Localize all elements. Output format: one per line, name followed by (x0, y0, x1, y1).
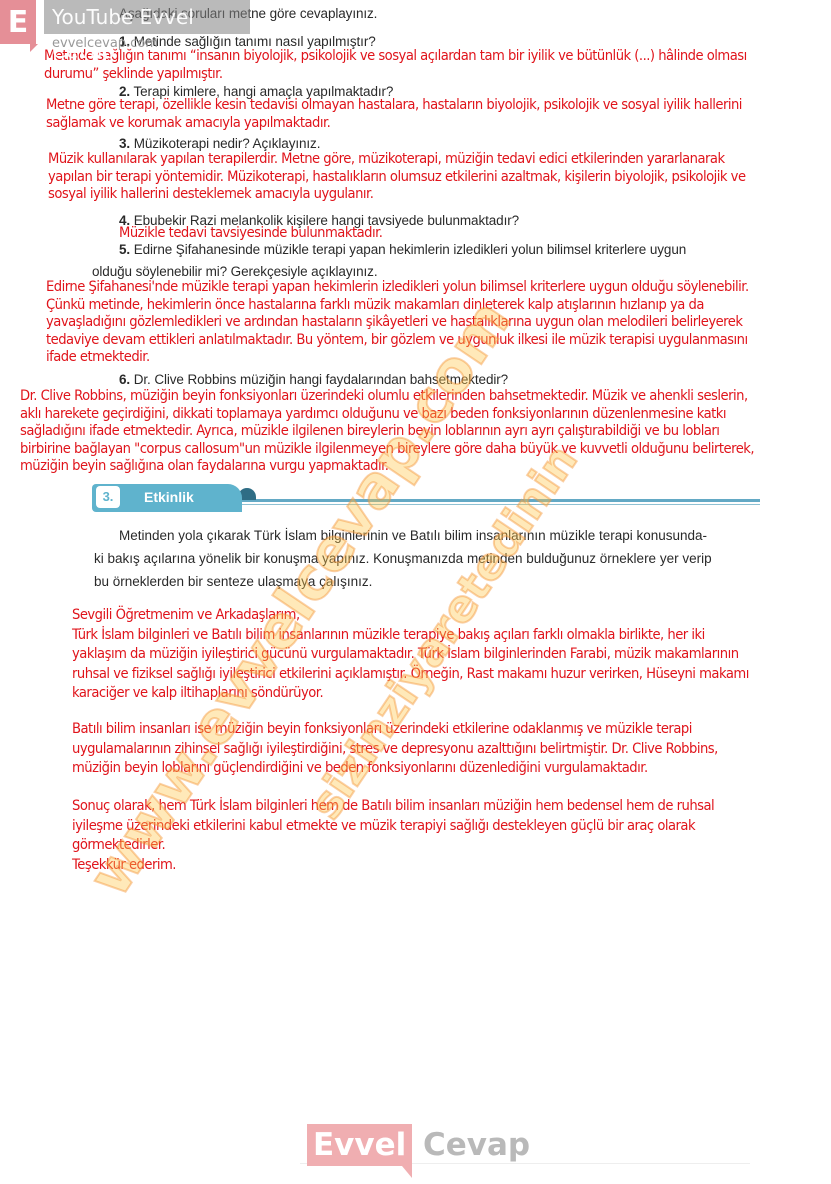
question-number: 5. (119, 242, 130, 257)
answer-line: aklı harekete geçirdiğini, dikkati topla… (20, 406, 754, 424)
instruction-line: bu örneklerden bir senteze ulaşmaya çalı… (94, 570, 712, 593)
answer-line: Dr. Clive Robbins, müziğin beyin fonksiy… (20, 388, 754, 406)
answer-line: Edirne Şifahanesi'nde müzikle terapi yap… (46, 279, 749, 297)
answer-line: yavaşladığını gözlemledikleri ve ardında… (46, 314, 749, 332)
answer-line: müziğin beyin loblarını güçlendirdiğini … (72, 759, 718, 779)
answer-line: durumu” şeklinde yapılmıştır. (44, 66, 747, 84)
answer-line: ifade etmektedir. (46, 349, 749, 367)
logo-cevap: Cevap (423, 1124, 530, 1166)
answer-line: iyileşme üzerindeki etkilerini kabul etm… (72, 817, 714, 837)
answer-line: uygulamalarının zihinsel sağlığı iyileşt… (72, 740, 718, 760)
answer-line: sosyal iyilik hallerini desteklemek amac… (48, 186, 746, 204)
activity-answer-block-1: Sevgili Öğretmenim ve Arkadaşlarım, Türk… (72, 606, 749, 704)
answer-line: sağladığını ifade etmektedir. Ayrıca, mü… (20, 423, 754, 441)
answer-line: Çünkü metinde, hekimlerin önce hastaları… (46, 297, 749, 315)
activity-title: Etkinlik (144, 489, 194, 505)
answer-line: Sevgili Öğretmenim ve Arkadaşlarım, (72, 606, 749, 626)
question-text: Metinde sağlığın tanımı nasıl yapılmıştı… (134, 34, 376, 49)
answer-line: sağlamak ve korumak amacıyla yapılmaktad… (46, 115, 742, 133)
answer-line: Sonuç olarak, hem Türk İslam bilginleri … (72, 797, 714, 817)
answer-line: ruhsal ve fiziksel sağlığı iyileştirici … (72, 665, 749, 685)
header-rule (242, 499, 760, 502)
answer-line: yapılan bir terapi yöntemidir. Müzikoter… (48, 169, 746, 187)
answer-6: Dr. Clive Robbins, müziğin beyin fonksiy… (20, 388, 754, 476)
answer-line: Batılı bilim insanları ise müziğin beyin… (72, 720, 718, 740)
instruction-line: Metinden yola çıkarak Türk İslam bilginl… (94, 524, 712, 547)
question-5: 5. Edirne Şifahanesinde müzikle terapi y… (119, 242, 686, 257)
activity-answer-block-3: Sonuç olarak, hem Türk İslam bilginleri … (72, 797, 714, 875)
question-number: 3. (119, 136, 130, 151)
answer-5: Edirne Şifahanesi'nde müzikle terapi yap… (46, 279, 749, 367)
answer-4: Müzikle tedavi tavsiyesinde bulunmaktadı… (119, 225, 382, 243)
question-5-continued: olduğu söylenebilir mi? Gerekçesiyle açı… (92, 264, 377, 279)
question-text: Dr. Clive Robbins müziğin hangi faydalar… (134, 372, 508, 387)
answer-line: tedaviye devam ettikleri anlatılmaktadır… (46, 332, 749, 350)
question-number: 6. (119, 372, 130, 387)
answer-line: Metne göre terapi, özellikle kesin tedav… (46, 97, 742, 115)
header-rule-thin (242, 504, 760, 505)
question-text: Edirne Şifahanesinde müzikle terapi yapa… (134, 242, 686, 257)
answer-line: karaciğer ve kalp iltihaplarını söndürüy… (72, 684, 749, 704)
answer-line: yaklaşım da müziğin iyileştirici gücünü … (72, 645, 749, 665)
question-3: 3. Müzikoterapi nedir? Açıklayınız. (119, 136, 320, 151)
answer-line: görmektedirler. (72, 836, 714, 856)
answer-line: Teşekkür ederim. (72, 856, 714, 876)
activity-tab: 3. Etkinlik (92, 484, 242, 512)
site-watermark: evvelcevap.com (52, 36, 158, 51)
answer-1: Metinde sağlığın tanımı “insanın biyoloj… (44, 48, 747, 83)
activity-answer-block-2: Batılı bilim insanları ise müziğin beyin… (72, 720, 718, 779)
answer-line: Müzik kullanılarak yapılan terapilerdir.… (48, 151, 746, 169)
instruction-line: ki bakış açılarına yönelik bir konuşma y… (94, 547, 712, 570)
answer-line: birbirine bağlayan "corpus callosum"un m… (20, 441, 754, 459)
activity-instructions: Metinden yola çıkarak Türk İslam bilginl… (94, 524, 712, 593)
answer-line: müziğin beyin sağlığına olan faydalarına… (20, 458, 754, 476)
answer-2: Metne göre terapi, özellikle kesin tedav… (46, 97, 742, 132)
site-logo-icon: E (0, 0, 36, 44)
activity-number: 3. (96, 486, 120, 508)
answer-line: Müzikle tedavi tavsiyesinde bulunmaktadı… (119, 225, 382, 243)
question-text: Müzikoterapi nedir? Açıklayınız. (134, 136, 321, 151)
logo-evvel: Evvel (307, 1124, 412, 1166)
answer-line: Türk İslam bilginleri ve Batılı bilim in… (72, 626, 749, 646)
activity-header: 3. Etkinlik (92, 484, 760, 514)
question-6: 6. Dr. Clive Robbins müziğin hangi fayda… (119, 372, 508, 387)
answer-3: Müzik kullanılarak yapılan terapilerdir.… (48, 151, 746, 204)
youtube-watermark: YouTube Evvel Cevap (44, 0, 250, 34)
